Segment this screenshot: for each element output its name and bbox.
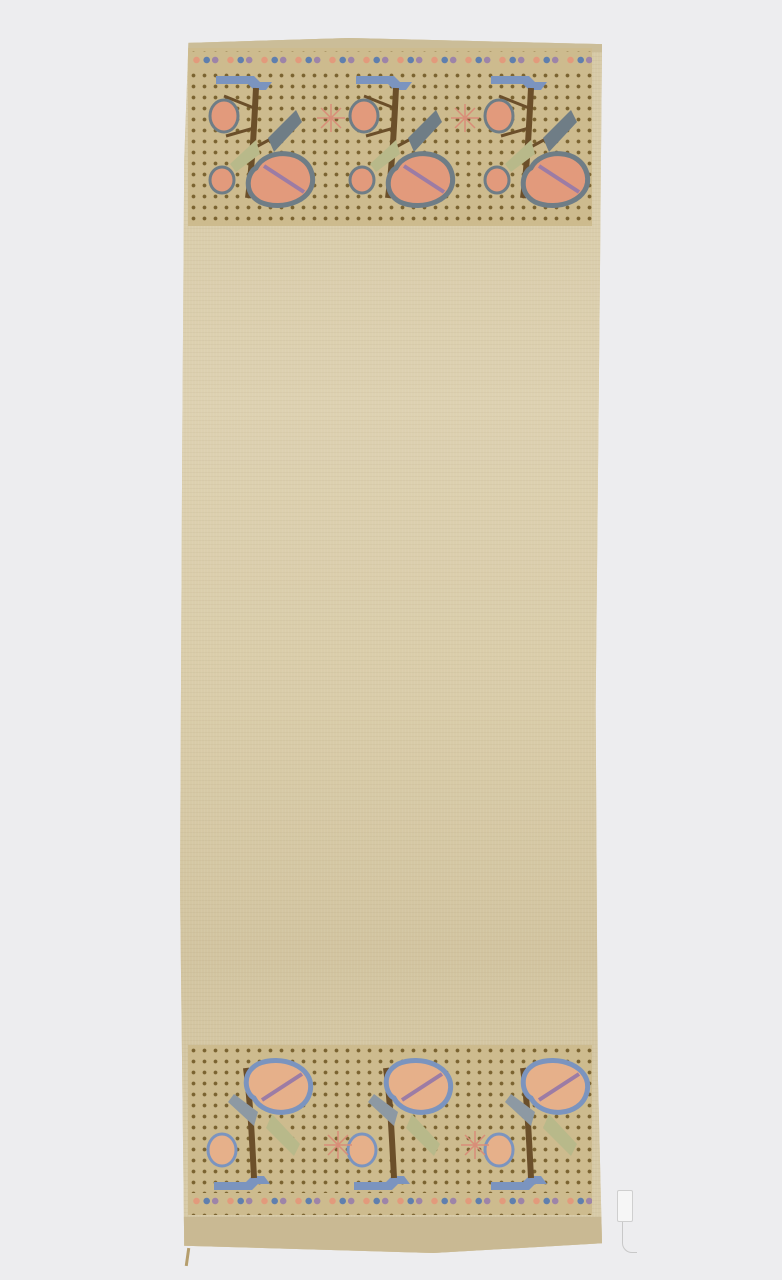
tag-string — [622, 1222, 637, 1253]
pomegranate-motif-icon — [473, 68, 592, 213]
star-rosette-icon — [316, 103, 346, 133]
star-rosette-icon — [450, 103, 480, 133]
pomegranate-motif-icon — [473, 1053, 592, 1198]
inventory-tag — [617, 1190, 633, 1222]
loose-thread — [185, 1248, 190, 1266]
pomegranate-motif-icon — [336, 1053, 466, 1198]
star-rosette-icon — [460, 1130, 490, 1160]
pomegranate-motif-icon — [198, 68, 328, 213]
star-rosette-icon — [323, 1130, 353, 1160]
bottom-embroidered-border — [188, 1045, 592, 1215]
top-embroidered-border — [188, 48, 592, 226]
pomegranate-motif-icon — [196, 1053, 326, 1198]
pomegranate-motif-icon — [338, 68, 468, 213]
floral-chevron-edge — [188, 52, 592, 68]
embroidered-towel — [180, 38, 602, 1253]
bottom-hem — [180, 1217, 602, 1253]
